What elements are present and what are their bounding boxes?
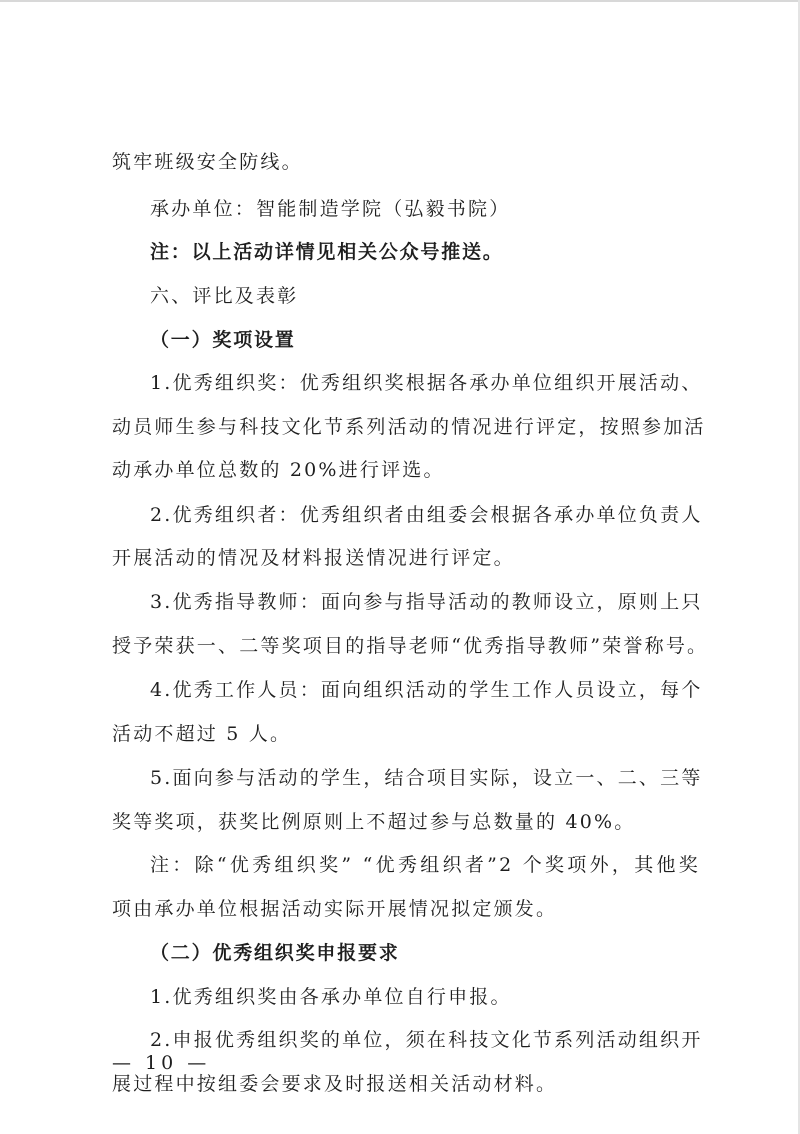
award-item-3: 3.优秀指导教师：面向参与指导活动的教师设立，原则上只 (150, 590, 700, 614)
subsection-heading-application: （二）优秀组织奖申报要求 (150, 941, 400, 965)
award-item-2: 2.优秀组织者：优秀组织者由组委会根据各承办单位负责人 (150, 503, 700, 527)
award-item-1-end: 动承办单位总数的 20%进行评选。 (112, 458, 445, 482)
application-item-2-end: 展过程中按组委会要求及时报送相关活动材料。 (112, 1072, 557, 1096)
host-unit-line: 承办单位：智能制造学院（弘毅书院） (150, 197, 510, 221)
award-item-1: 1.优秀组织奖：优秀组织奖根据各承办单位组织开展活动、 (150, 371, 700, 395)
award-item-4: 4.优秀工作人员：面向组织活动的学生工作人员设立，每个 (150, 678, 700, 702)
page-number: — 10 — (112, 1052, 210, 1074)
subsection-heading-awards: （一）奖项设置 (150, 328, 296, 352)
award-item-5-end: 奖等奖项，获奖比例原则上不超过参与总数量的 40%。 (112, 810, 635, 834)
award-item-5: 5.面向参与活动的学生，结合项目实际，设立一、二、三等 (150, 766, 700, 790)
application-item-2: 2.申报优秀组织奖的单位，须在科技文化节系列活动组织开 (150, 1028, 700, 1052)
award-item-2-end: 开展活动的情况及材料报送情况进行评定。 (112, 546, 515, 570)
section-heading-six: 六、评比及表彰 (150, 284, 298, 308)
award-item-1-cont: 动员师生参与科技文化节系列活动的情况进行评定，按照参加活 (112, 415, 700, 439)
award-note: 注：除“优秀组织奖” “优秀组织者”2 个奖项外，其他奖 (150, 853, 700, 877)
paragraph-continuation: 筑牢班级安全防线。 (112, 150, 303, 174)
application-item-1: 1.优秀组织奖由各承办单位自行申报。 (150, 985, 512, 1009)
page-top-edge (0, 0, 800, 2)
award-item-3-end: 授予荣获一、二等奖项目的指导老师“优秀指导教师”荣誉称号。 (112, 634, 700, 658)
activity-note: 注：以上活动详情见相关公众号推送。 (150, 240, 504, 264)
award-item-4-end: 活动不超过 5 人。 (112, 722, 291, 746)
award-note-end: 项由承办单位根据活动实际开展情况拟定颁发。 (112, 897, 557, 921)
